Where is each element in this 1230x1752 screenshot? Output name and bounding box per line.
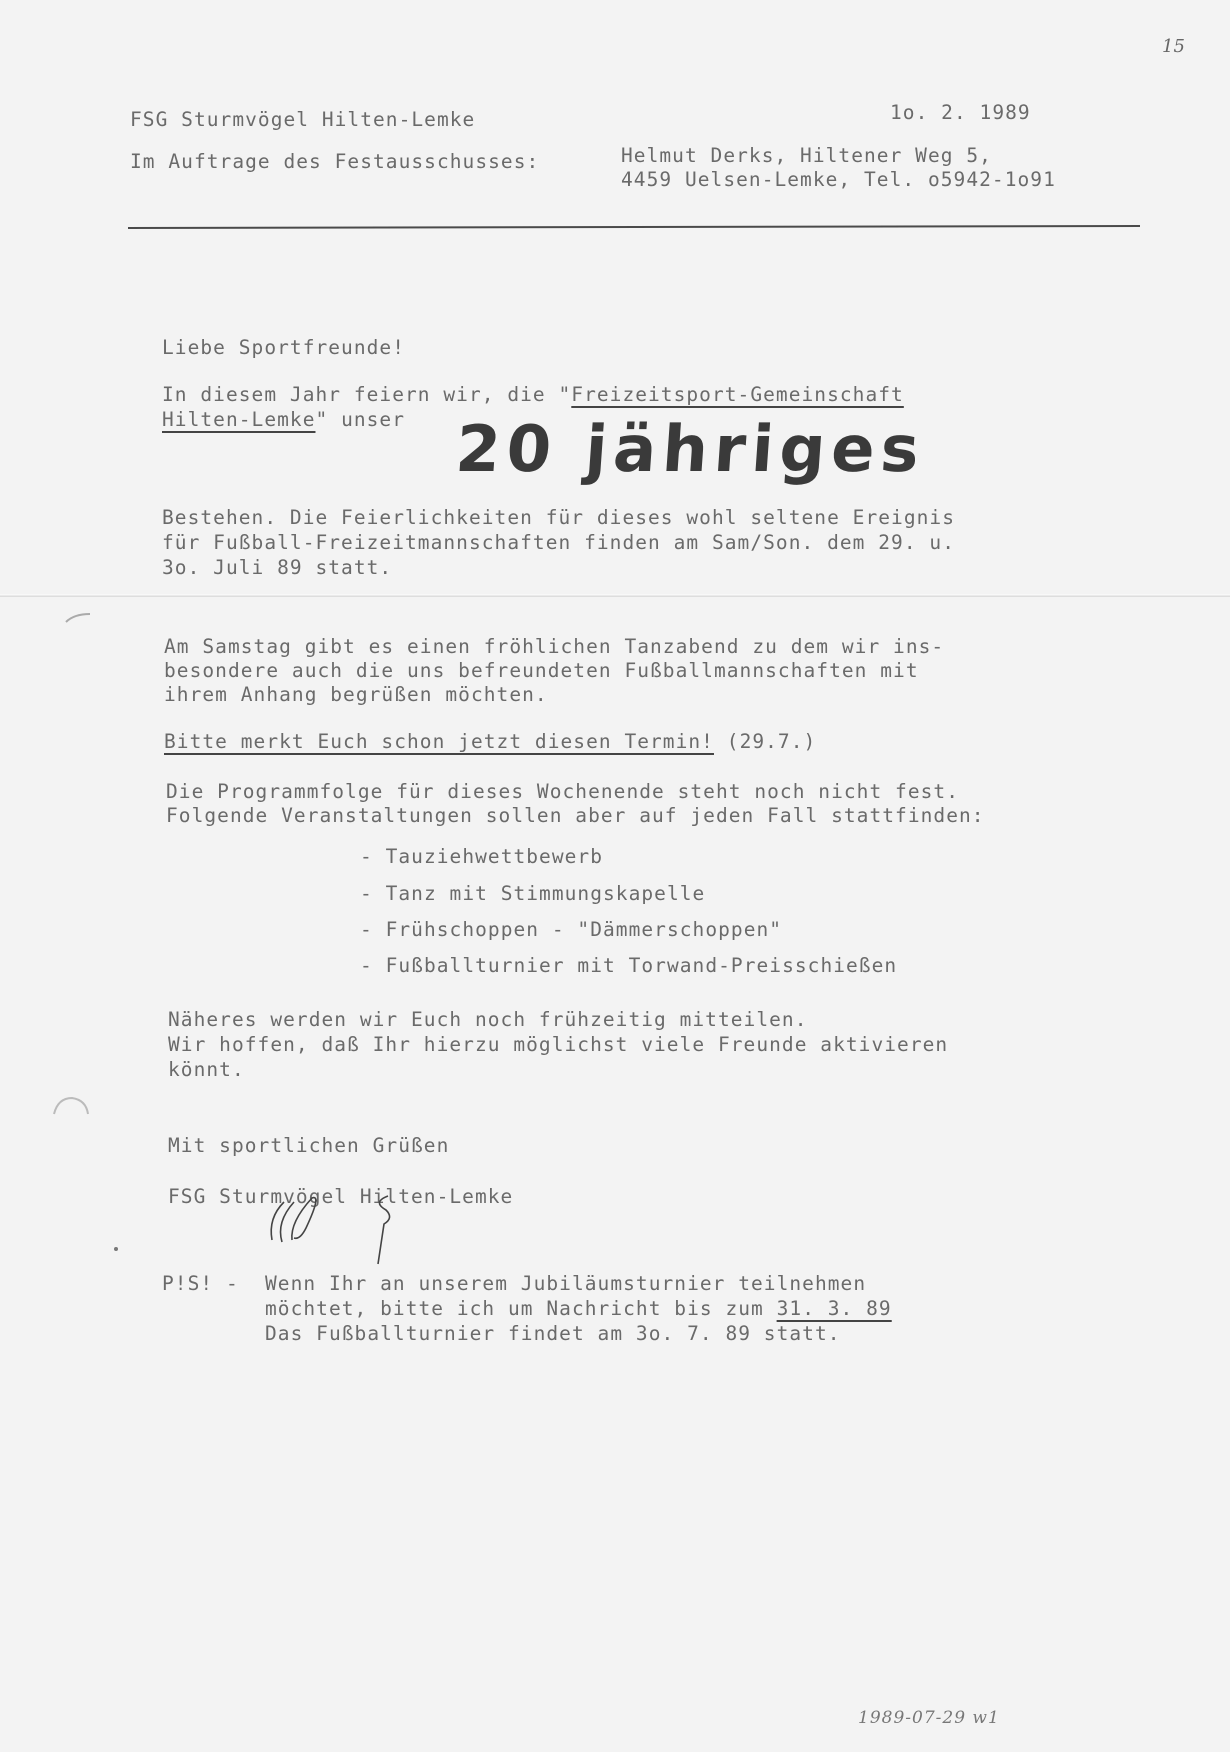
event-item: - Tauziehwettbewerb <box>360 847 603 867</box>
event-item: - Fußballturnier mit Torwand-Preisschieß… <box>360 956 897 976</box>
paragraph-1-line: Bestehen. Die Feierlichkeiten für dieses… <box>162 508 955 528</box>
closing: Mit sportlichen Grüßen <box>168 1136 449 1156</box>
contact-line-1: Helmut Derks, Hiltener Weg 5, <box>621 146 992 166</box>
postscript-line-3: Das Fußballturnier findet am 3o. 7. 89 s… <box>265 1324 841 1344</box>
paragraph-1-line: für Fußball-Freizeitmannschaften finden … <box>162 533 955 553</box>
margin-scratch-mark <box>64 610 94 626</box>
intro-prefix: In diesem Jahr feiern wir, die " <box>162 383 571 406</box>
letter-date: 1o. 2. 1989 <box>890 103 1031 123</box>
intro-line-1: In diesem Jahr feiern wir, die "Freizeit… <box>162 385 904 405</box>
salutation: Liebe Sportfreunde! <box>162 338 405 358</box>
paragraph-2-line: Am Samstag gibt es einen fröhlichen Tanz… <box>164 637 944 657</box>
paragraph-4-line: Wir hoffen, daß Ihr hierzu möglichst vie… <box>168 1035 948 1055</box>
intro-suffix: " unser <box>315 408 405 431</box>
intro-line-2: Hilten-Lemke" unser <box>162 410 405 430</box>
paragraph-4-line: könnt. <box>168 1060 245 1080</box>
handwritten-signature <box>262 1188 412 1268</box>
paragraph-3-line: Die Programmfolge für dieses Wochenende … <box>166 782 959 802</box>
reminder-date: (29.7.) <box>714 730 816 753</box>
paragraph-2-line: besondere auch die uns befreundeten Fußb… <box>164 661 919 681</box>
header-divider <box>128 225 1140 229</box>
postscript-line-1: Wenn Ihr an unserem Jubiläumsturnier tei… <box>265 1274 866 1294</box>
reminder-line: Bitte merkt Euch schon jetzt diesen Term… <box>164 732 816 752</box>
paper-fold-line <box>0 594 1230 597</box>
event-item: - Frühschoppen - "Dämmerschoppen" <box>360 920 782 940</box>
paragraph-2-line: ihrem Anhang begrüßen möchten. <box>164 685 548 705</box>
registration-deadline: 31. 3. 89 <box>777 1297 892 1320</box>
contact-line-2: 4459 Uelsen-Lemke, Tel. o5942-1o91 <box>621 170 1056 190</box>
paragraph-4-line: Näheres werden wir Euch noch frühzeitig … <box>168 1010 808 1030</box>
archive-stamp: 1989-07-29 w1 <box>858 1708 1000 1728</box>
ink-speck <box>114 1247 118 1251</box>
paragraph-3-line: Folgende Veranstaltungen sollen aber auf… <box>166 806 985 826</box>
page-number: 15 <box>1162 36 1185 57</box>
anniversary-headline: 20 jähriges <box>454 418 927 482</box>
commission-label: Im Auftrage des Festausschusses: <box>130 152 539 172</box>
event-item: - Tanz mit Stimmungskapelle <box>360 884 705 904</box>
reminder-text: Bitte merkt Euch schon jetzt diesen Term… <box>164 730 714 753</box>
margin-punch-mark <box>50 1092 96 1122</box>
postscript-line-2: möchtet, bitte ich um Nachricht bis zum … <box>265 1299 892 1319</box>
postscript-label: P!S! - <box>162 1274 239 1294</box>
club-name-part-1: Freizeitsport-Gemeinschaft <box>571 383 904 406</box>
paragraph-1-line: 3o. Juli 89 statt. <box>162 558 392 578</box>
club-name-part-2: Hilten-Lemke <box>162 408 315 431</box>
sender-name: FSG Sturmvögel Hilten-Lemke <box>130 110 475 130</box>
postscript-line-2-text: möchtet, bitte ich um Nachricht bis zum <box>265 1297 777 1320</box>
